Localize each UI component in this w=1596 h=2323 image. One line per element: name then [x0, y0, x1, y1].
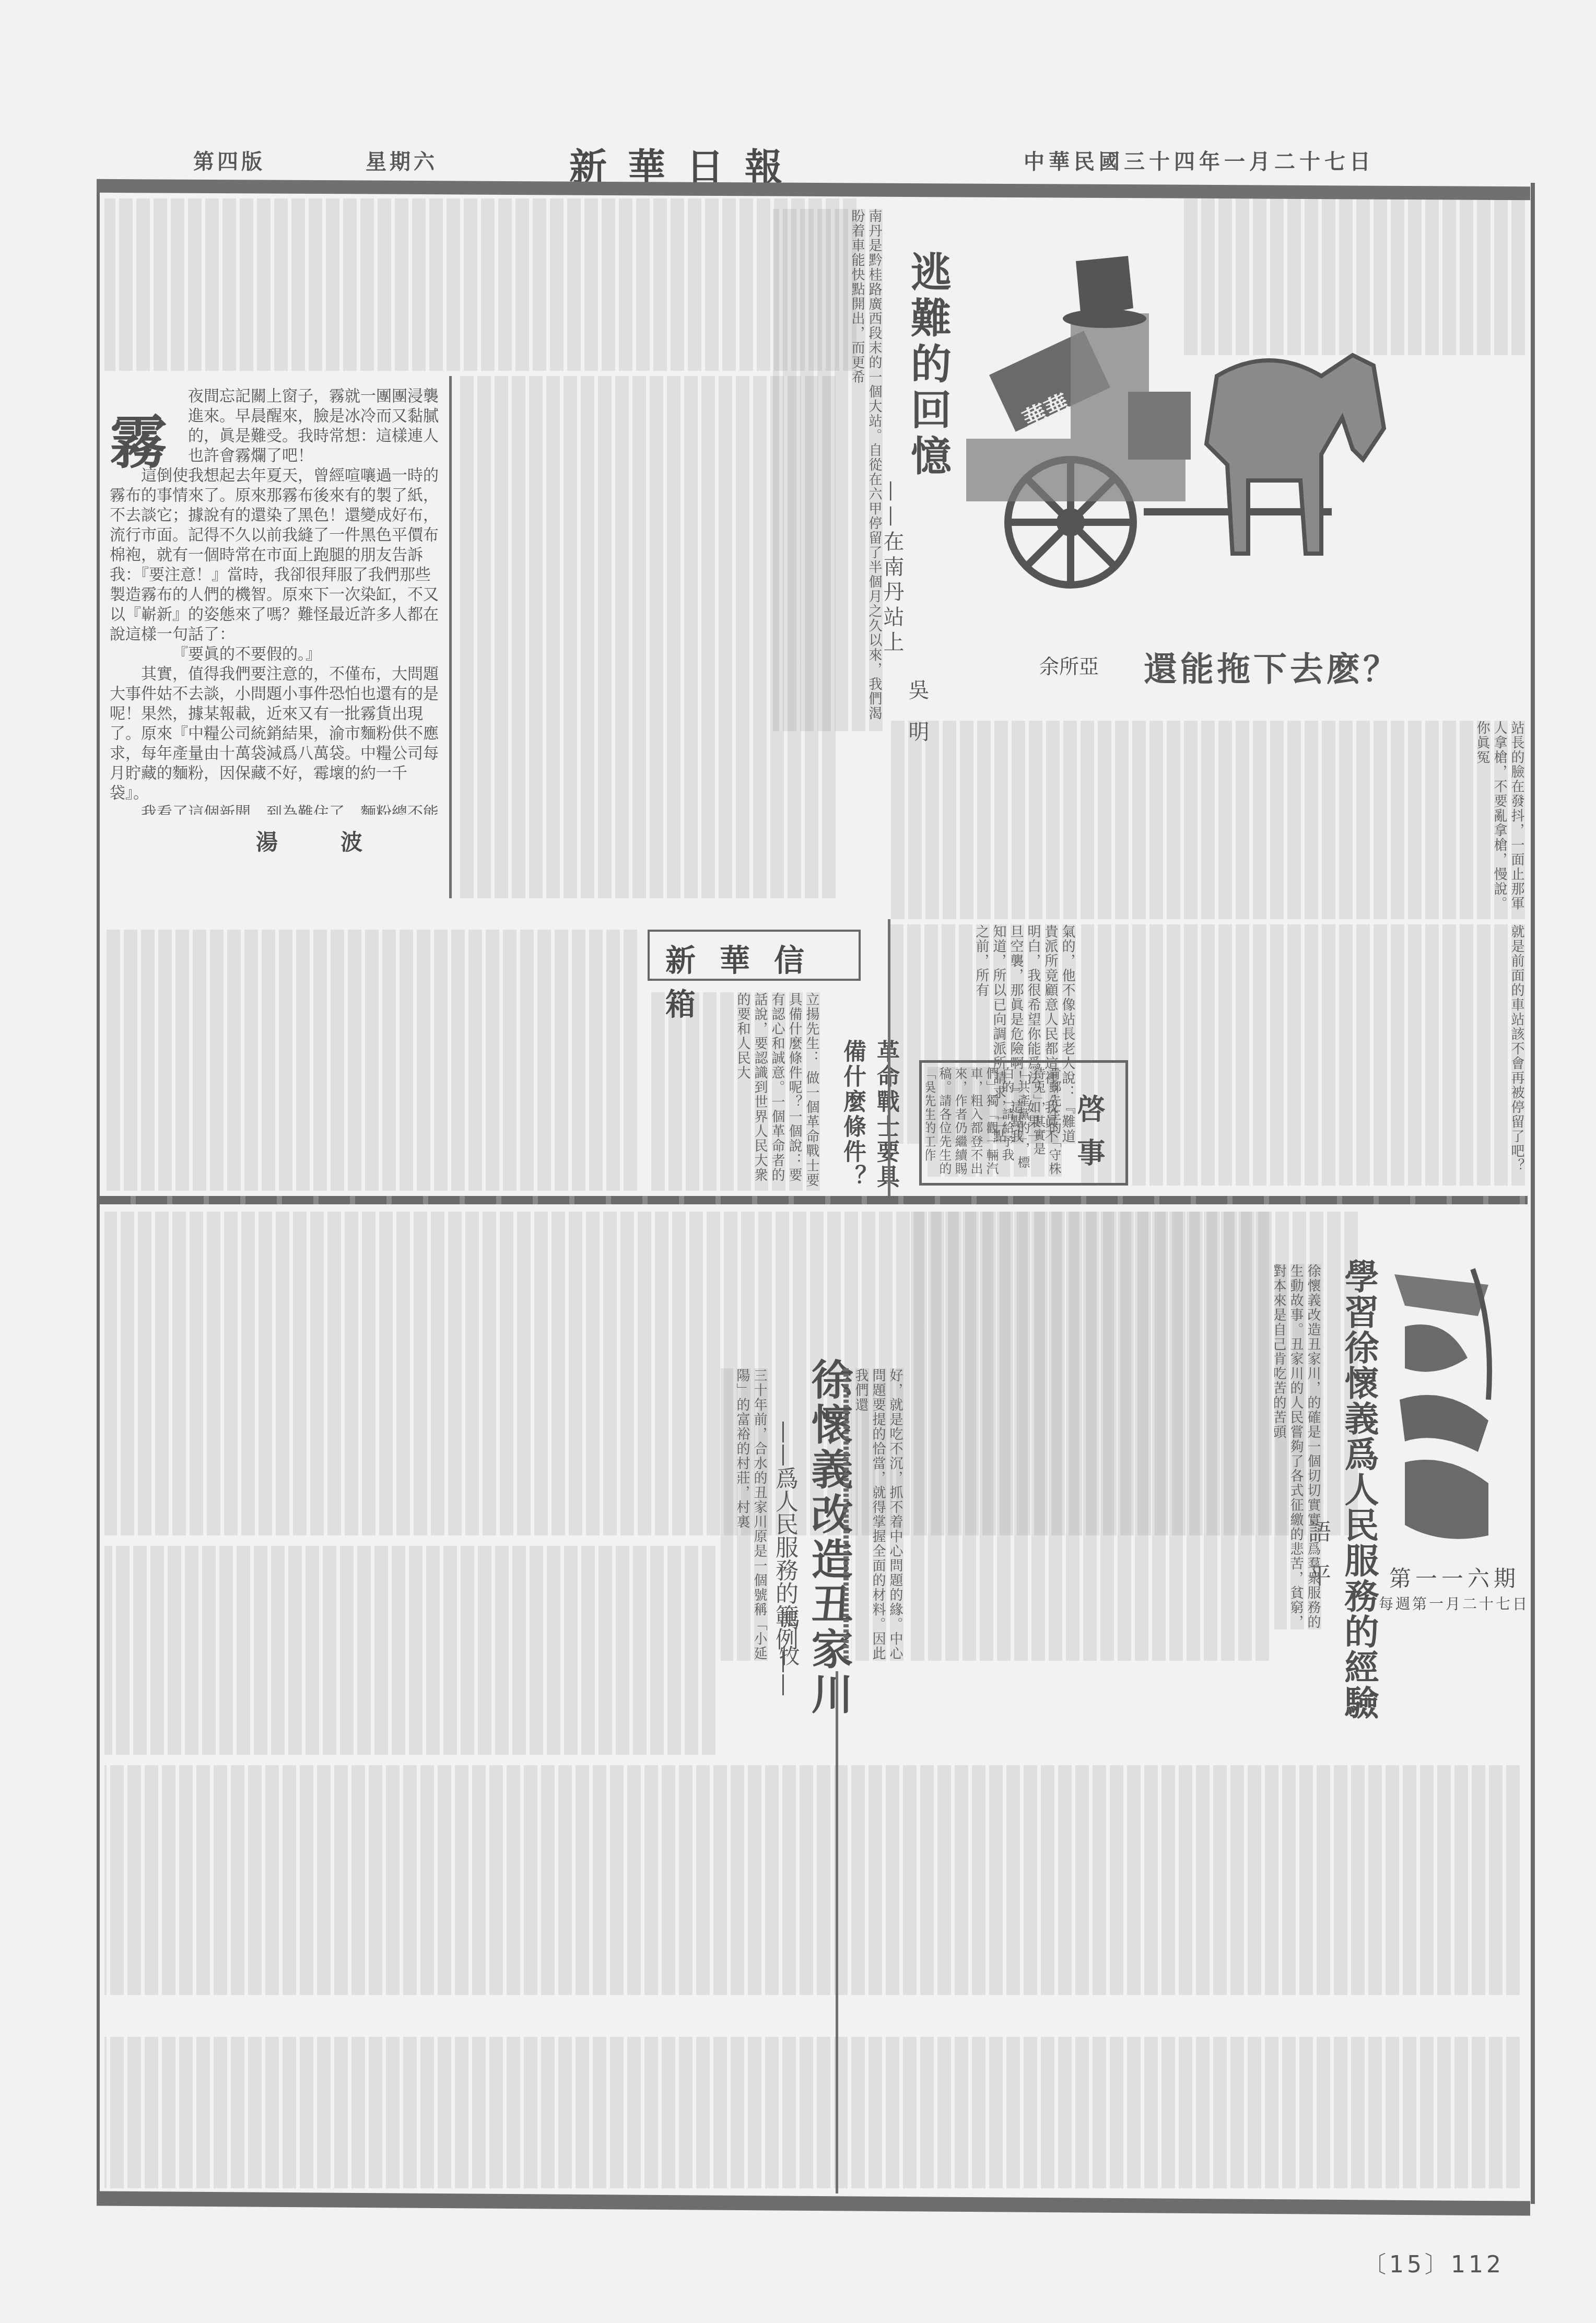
article-headline: 徐懷義改造丑家川	[799, 1358, 859, 1717]
article-subheadline: ——在南丹站上	[877, 480, 907, 656]
article-headline: 逃難的回憶	[898, 251, 957, 480]
text-columns	[104, 1765, 1520, 1995]
article-body-continued: 站長的臉在發抖，一面止那軍人拿槍，不要亂拿槍，慢說。你眞冤	[888, 721, 1525, 919]
paragraph: 夜間忘記關上窗子，霧就一團團浸襲進來。早晨醒來，臉是冰冷而又黏膩的，眞是難受。我…	[188, 386, 439, 466]
issue-label: 第一一六期	[1389, 1562, 1520, 1593]
column-divider	[836, 1671, 838, 2193]
article-author: 湯波	[256, 825, 425, 857]
mailbox-title-box: 新華信箱	[648, 930, 861, 981]
text-columns	[104, 198, 856, 371]
article-body-continued: 就是前面的車站該不會再被停留了吧？	[1081, 924, 1525, 1186]
feature-lead: 徐懷義改造丑家川，的確是一個切切實實，爲羣衆服務的生動故事。丑家川的人民嘗夠了各…	[1274, 1264, 1321, 1629]
text-columns	[104, 2037, 1520, 2188]
weekday: 星期六	[366, 145, 438, 175]
text-columns	[1180, 198, 1525, 355]
paragraph: 其實，值得我們要注意的，不僅布，大問題大事件姑不去談，小問題小事件恐怕也還有的是…	[110, 664, 439, 803]
illustration-artist: 余所亞	[1039, 650, 1099, 679]
issue-date: 中華民國三十四年一月二十七日	[1024, 145, 1375, 175]
wavy-divider	[843, 1368, 849, 1661]
mailbox-question-headline: 革命戰士要具備什麼條件？	[836, 1039, 902, 1196]
article-fog: 霧 夜間忘記關上窗子，霧就一團團浸襲進來。早晨醒來，臉是冰冷而又黏膩的，眞是難受…	[110, 386, 444, 804]
column-divider	[449, 376, 452, 898]
article-body: 夜間忘記關上窗子，霧就一團團浸襲進來。早晨醒來，臉是冰冷而又黏膩的，眞是難受。我…	[110, 386, 439, 815]
feature-headline: 學習徐懷義爲人民服務的經驗	[1334, 1259, 1384, 1720]
masthead: 第四版 星期六 新華日報 中華民國三十四年一月二十七日	[0, 141, 1596, 183]
feature-body	[909, 1212, 1269, 1661]
top-left-columns	[104, 198, 856, 371]
mailbox-letter: 立揚先生： 做一個革命戰士要具備什麼條件呢？一個說：要有認心和誠意。一個革命者的…	[648, 992, 820, 1191]
paragraph: 這倒使我想起去年夏天，曾經喧嚷過一時的霧布的事情來了。原來那霧布後來有的製了紙，…	[110, 466, 439, 644]
article-lead: 三十年前，合水的丑家川原是一個號稱「小延陽」的富裕的村莊，村裏	[721, 1368, 768, 1661]
article-body: 南丹是黔桂路廣西段末的一個大站。自從在六甲停留了半個月之久以來，我們渴盼着車能快…	[773, 209, 883, 731]
issue-date: 每週第一月二十七日	[1379, 1593, 1529, 1614]
column-logo-calligraphy	[1384, 1264, 1504, 1556]
article-author: 馮牧	[773, 1609, 803, 1682]
archive-page-marker: 〔15〕112	[1363, 2246, 1504, 2279]
text-columns	[104, 1546, 715, 1755]
notice-title: 啓事	[1070, 1094, 1110, 1182]
paragraph: 我看了這個新聞，到為難住了。麵粉總不能製紙或者染成黑色吧！不過我想中國人的機智有…	[110, 803, 439, 815]
article-excerpt: 就是前面的車站該不會再被停留了吧？	[1509, 924, 1524, 1173]
article-excerpt: 好，就是吃不沉，抓不着中心問題的緣。中心問題要提的恰當，就得掌握全面的材料。因此…	[851, 1368, 903, 1661]
article-excerpt: 站長的臉在發抖，一面止那軍人拿槍，不要亂拿槍，慢說。你眞冤	[1474, 721, 1524, 911]
illustration-caption: 還能拖下去麽？	[1144, 642, 1400, 690]
column-divider	[888, 919, 890, 1196]
letter-salutation: 立揚先生：	[804, 992, 819, 1065]
notice-text: 肯郵先生的「守株待兎」，其實是「共產黨的」，標白的「請給予我們」獨「觀一輛汽車，…	[926, 1067, 1062, 1177]
notice-box: 啓事 肯郵先生的「守株待兎」，其實是「共產黨的」，標白的「請給予我們」獨「觀一輛…	[919, 1060, 1128, 1186]
middle-rule	[99, 1196, 1528, 1204]
paragraph: 『要眞的不要假的。』	[110, 644, 439, 664]
page-number: 第四版	[193, 145, 265, 175]
text-columns	[104, 930, 637, 1191]
